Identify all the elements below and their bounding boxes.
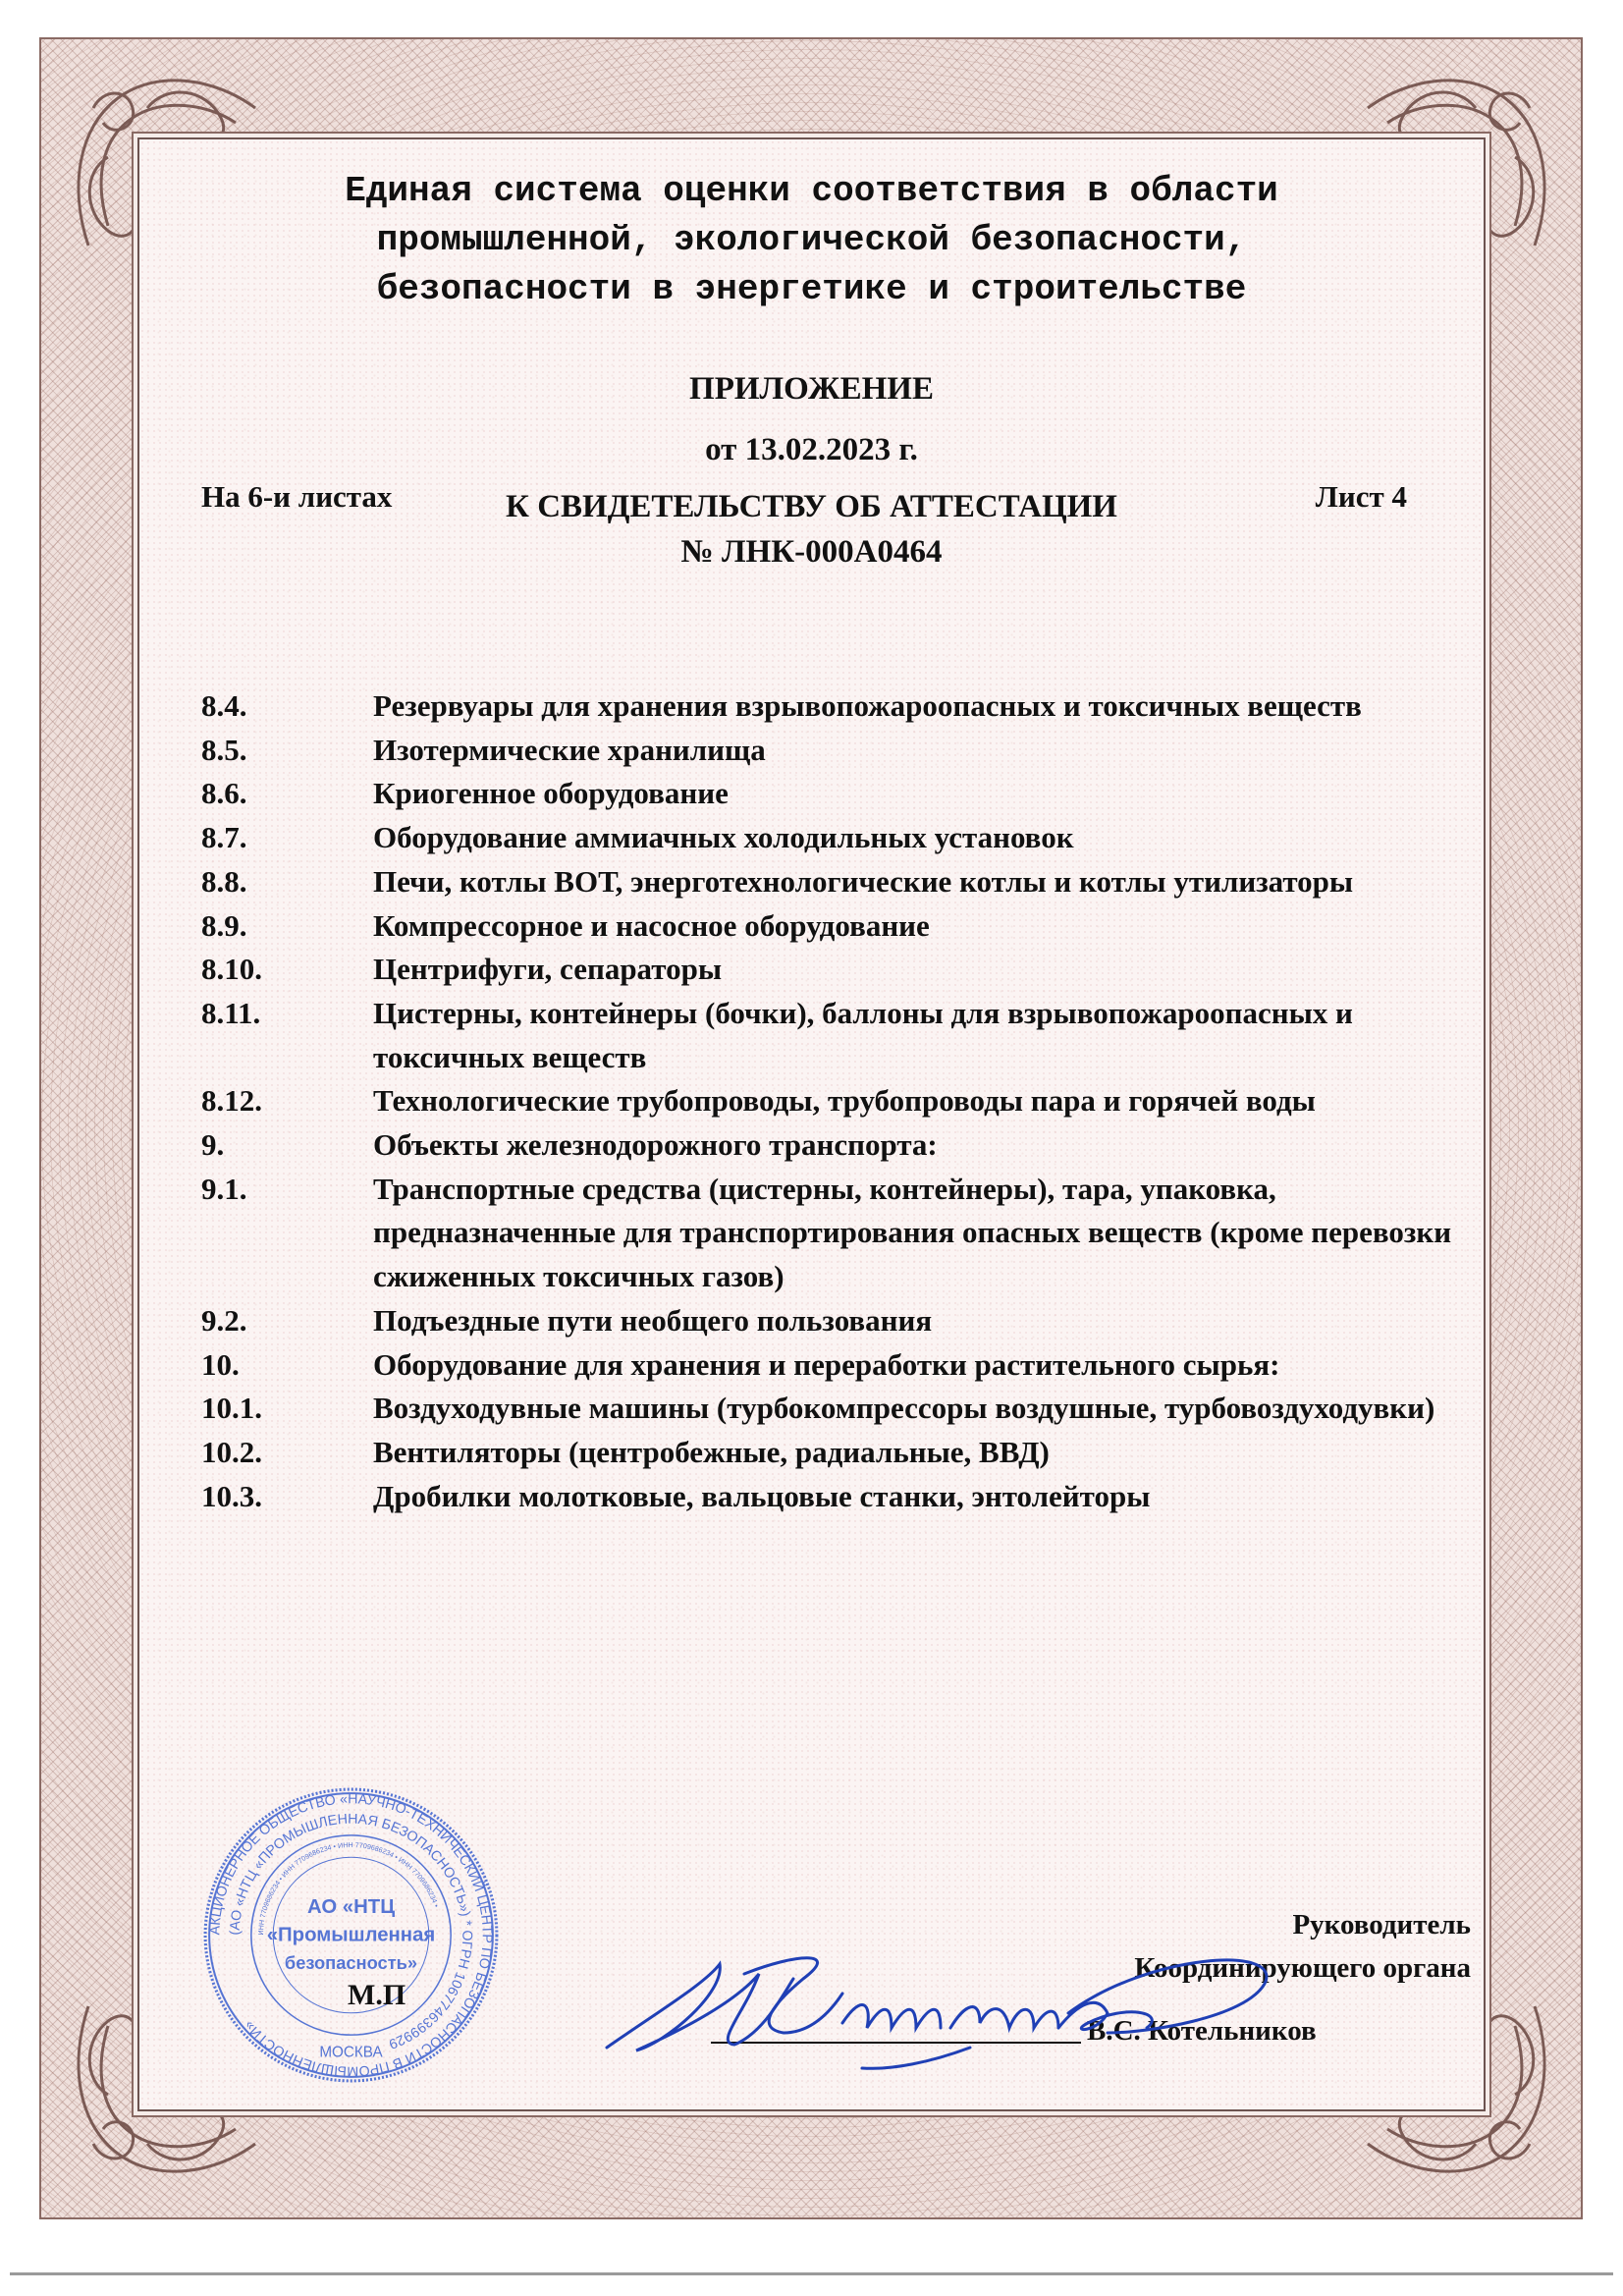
svg-text:МОСКВА: МОСКВА: [319, 2045, 383, 2061]
item-number: 9.2.: [201, 1299, 373, 1343]
item-text: Воздуходувные машины (турбокомпрессоры в…: [373, 1387, 1453, 1431]
page-divider: [10, 2272, 1613, 2275]
list-item: 8.11.Цистерны, контейнеры (бочки), балло…: [201, 992, 1584, 1079]
item-number: 8.4.: [201, 684, 373, 729]
list-item: 8.10.Центрифуги, сепараторы: [201, 948, 1584, 992]
list-item: 8.8.Печи, котлы ВОТ, энерготехнологическ…: [201, 860, 1584, 904]
item-text: Изотермические хранилища: [373, 729, 1453, 773]
svg-text:безопасность»: безопасность»: [285, 1952, 417, 1973]
list-item: 10.Оборудование для хранения и переработ…: [201, 1343, 1584, 1388]
system-header-line: Единая система оценки соответствия в обл…: [137, 167, 1486, 216]
item-text: Резервуары для хранения взрывопожароопас…: [373, 684, 1453, 729]
item-text: Оборудование аммиачных холодильных устан…: [373, 816, 1453, 860]
list-item: 8.6.Криогенное оборудование: [201, 772, 1584, 816]
system-header-line: промышленной, экологической безопасности…: [137, 216, 1486, 265]
item-number: 9.1.: [201, 1168, 373, 1299]
item-text: Компрессорное и насосное оборудование: [373, 904, 1453, 949]
list-item: 8.12.Технологические трубопроводы, трубо…: [201, 1079, 1584, 1123]
item-text: Печи, котлы ВОТ, энерготехнологические к…: [373, 860, 1453, 904]
item-number: 8.12.: [201, 1079, 373, 1123]
item-text: Дробилки молотковые, вальцовые станки, э…: [373, 1475, 1453, 1519]
sheet-info: На 6-и листах Лист 4: [201, 479, 1407, 515]
list-item: 10.1.Воздуходувные машины (турбокомпресс…: [201, 1387, 1584, 1431]
handwritten-signature: [597, 1935, 1314, 2072]
sheet-current: Лист 4: [1316, 479, 1407, 515]
title-block: ПРИЛОЖЕНИЕ от 13.02.2023 г. К СВИДЕТЕЛЬС…: [137, 358, 1486, 574]
item-text: Транспортные средства (цистерны, контейн…: [373, 1168, 1453, 1299]
svg-text:АО «НТЦ: АО «НТЦ: [307, 1896, 395, 1918]
system-header-line: безопасности в энергетике и строительств…: [137, 265, 1486, 314]
item-list: 8.4.Резервуары для хранения взрывопожаро…: [201, 684, 1584, 1518]
document-date: от 13.02.2023 г.: [137, 419, 1486, 480]
list-item: 9.Объекты железнодорожного транспорта:: [201, 1123, 1584, 1168]
list-item: 9.1.Транспортные средства (цистерны, кон…: [201, 1168, 1584, 1299]
item-number: 10.: [201, 1343, 373, 1388]
list-item: 8.9.Компрессорное и насосное оборудовани…: [201, 904, 1584, 949]
item-number: 8.11.: [201, 992, 373, 1079]
item-text: Оборудование для хранения и переработки …: [373, 1343, 1453, 1388]
item-number: 8.10.: [201, 948, 373, 992]
list-item: 8.4.Резервуары для хранения взрывопожаро…: [201, 684, 1584, 729]
item-number: 9.: [201, 1123, 373, 1168]
seal-mark: М.П: [348, 1979, 406, 2012]
item-text: Криогенное оборудование: [373, 772, 1453, 816]
item-number: 10.2.: [201, 1431, 373, 1475]
item-number: 8.9.: [201, 904, 373, 949]
sheet-total: На 6-и листах: [201, 479, 392, 515]
item-number: 8.6.: [201, 772, 373, 816]
item-text: Объекты железнодорожного транспорта:: [373, 1123, 1453, 1168]
list-item: 10.3.Дробилки молотковые, вальцовые стан…: [201, 1475, 1584, 1519]
item-text: Центрифуги, сепараторы: [373, 948, 1453, 992]
item-number: 8.5.: [201, 729, 373, 773]
item-text: Вентиляторы (центробежные, радиальные, В…: [373, 1431, 1453, 1475]
company-stamp: АКЦИОНЕРНОЕ ОБЩЕСТВО «НАУЧНО-ТЕХНИЧЕСКИЙ…: [201, 1785, 501, 2085]
list-item: 8.7.Оборудование аммиачных холодильных у…: [201, 816, 1584, 860]
list-item: 9.2.Подъездные пути необщего пользования: [201, 1299, 1584, 1343]
item-number: 10.1.: [201, 1387, 373, 1431]
document-title: ПРИЛОЖЕНИЕ: [137, 358, 1486, 419]
item-text: Технологические трубопроводы, трубопрово…: [373, 1079, 1453, 1123]
item-text: Цистерны, контейнеры (бочки), баллоны дл…: [373, 992, 1453, 1079]
item-number: 8.7.: [201, 816, 373, 860]
certificate-number: № ЛНК-000А0464: [137, 529, 1486, 574]
item-text: Подъездные пути необщего пользования: [373, 1299, 1453, 1343]
list-item: 8.5.Изотермические хранилища: [201, 729, 1584, 773]
svg-text:«Промышленная: «Промышленная: [267, 1925, 436, 1946]
item-number: 10.3.: [201, 1475, 373, 1519]
item-number: 8.8.: [201, 860, 373, 904]
list-item: 10.2.Вентиляторы (центробежные, радиальн…: [201, 1431, 1584, 1475]
system-header: Единая система оценки соответствия в обл…: [137, 167, 1486, 314]
